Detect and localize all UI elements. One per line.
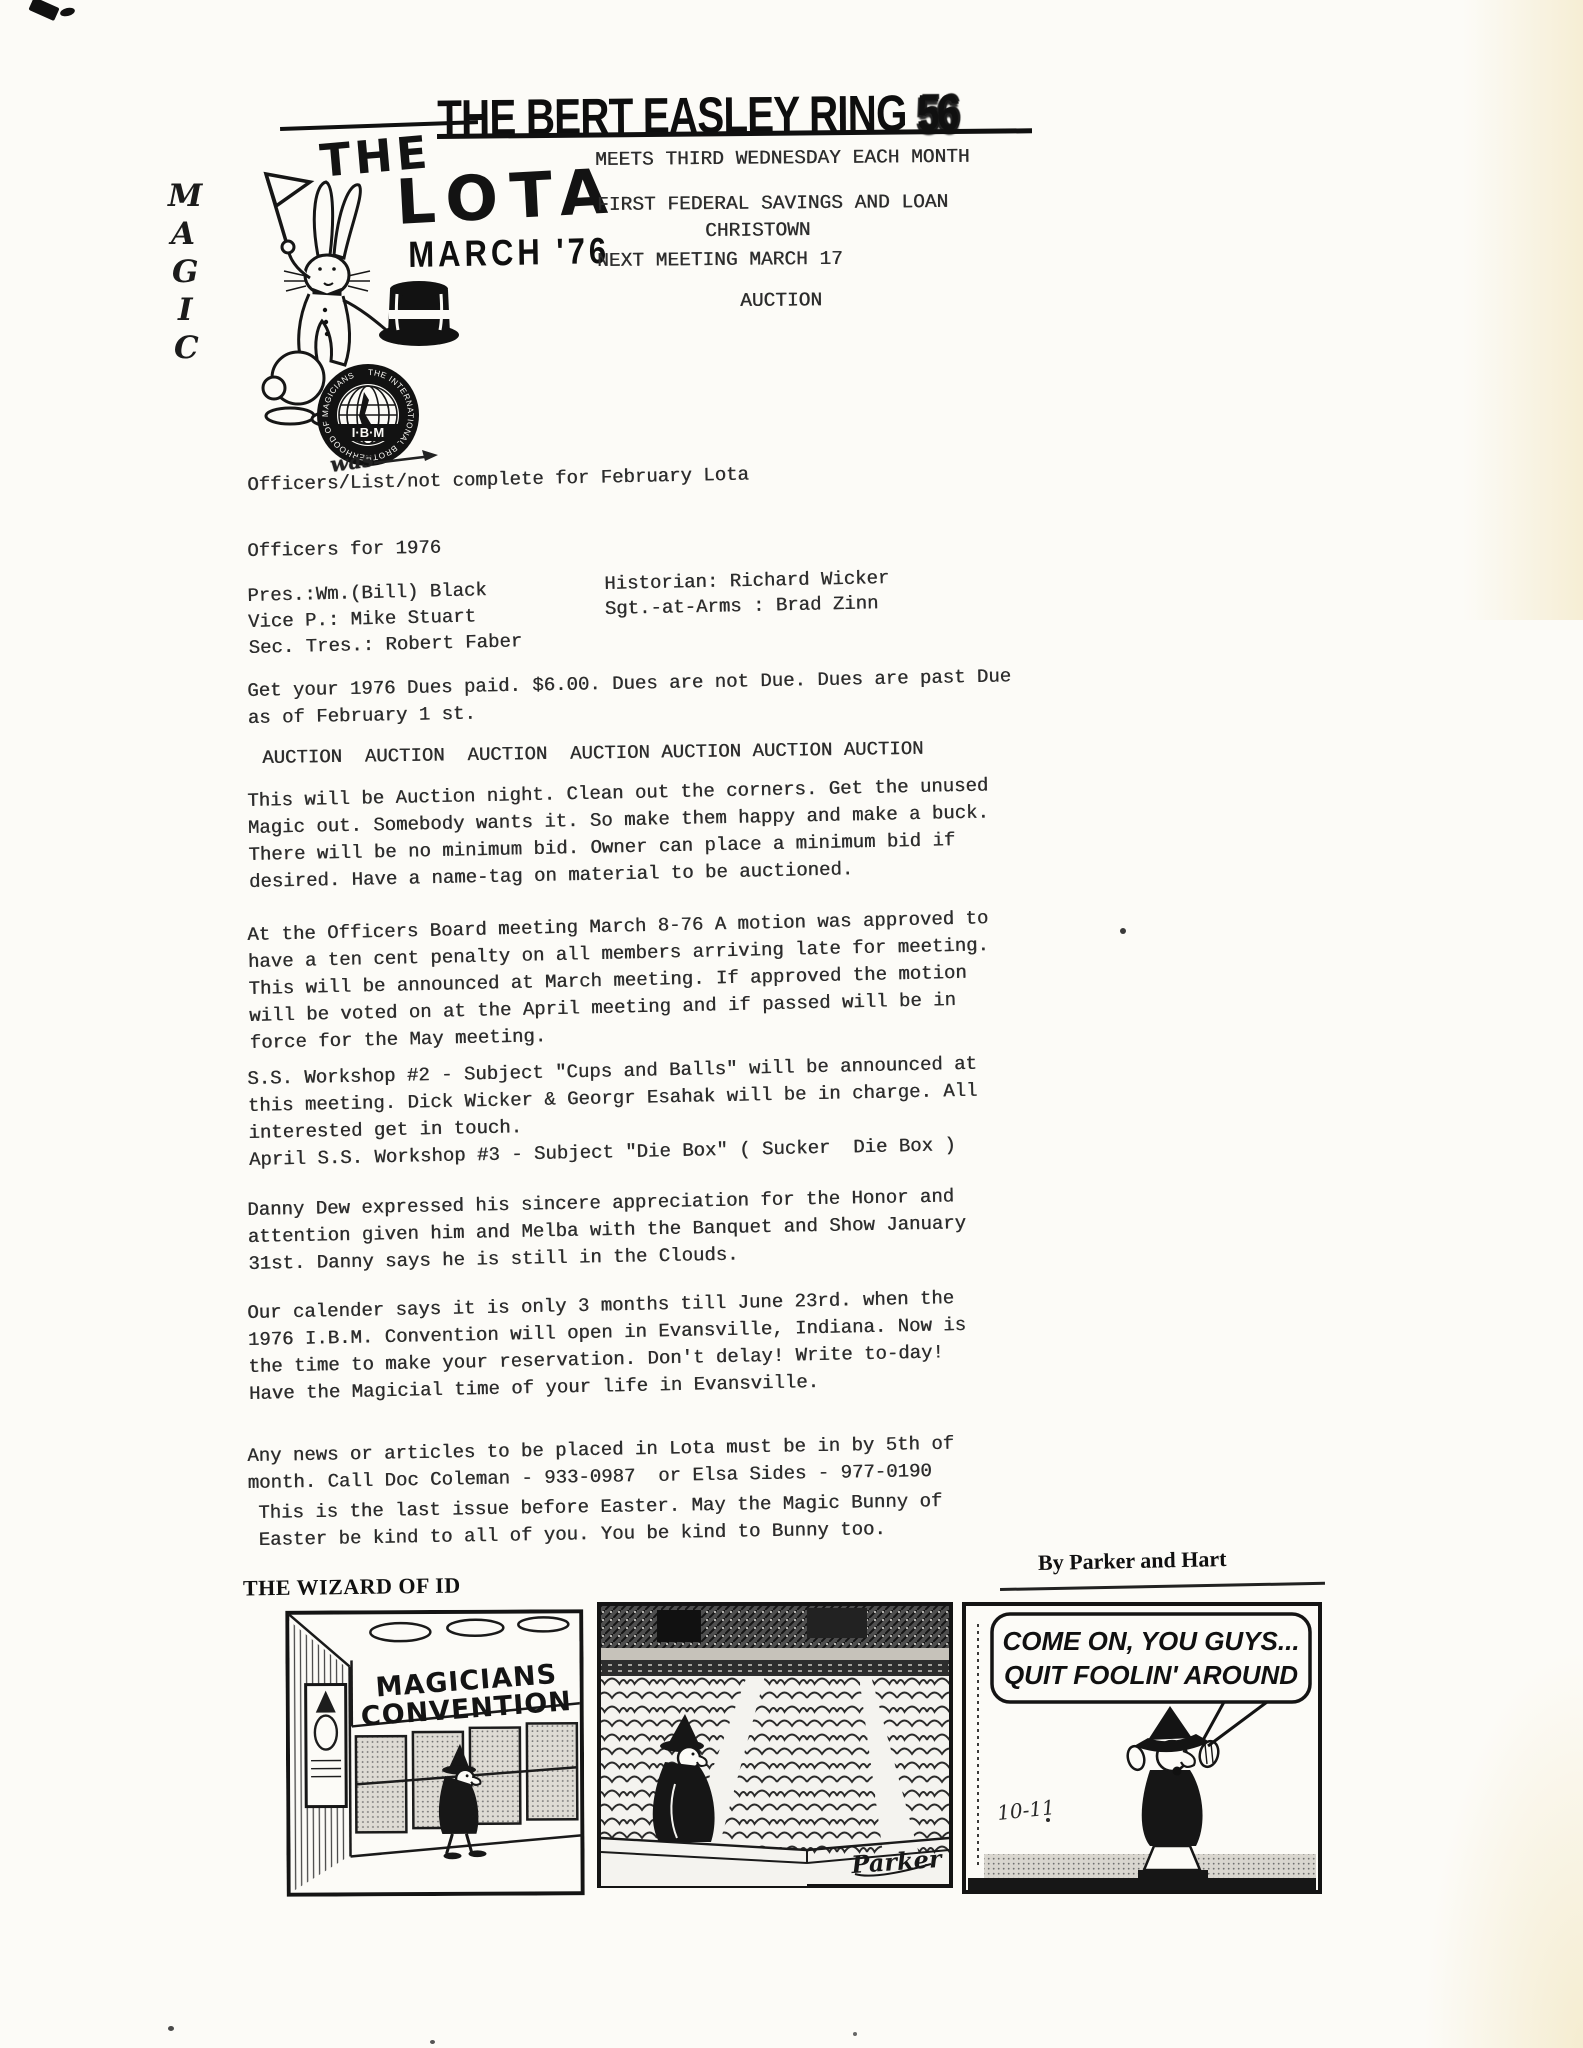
comic-panel-3: COME ON, YOU GUYS... QUIT FOOLIN' AROUND… — [962, 1602, 1322, 1899]
scan-artifact — [1120, 928, 1126, 934]
comic-panel-2: Parker — [597, 1602, 953, 1893]
scan-tint — [1423, 1648, 1583, 2048]
masthead-logo: M A G I C — [138, 128, 498, 488]
magic-letter: M — [167, 178, 204, 214]
scan-artifact — [853, 2032, 857, 2036]
officers-list-right: Historian: Richard Wicker Sgt.-at-Arms :… — [604, 566, 890, 622]
magic-letter: A — [168, 216, 195, 252]
workshop-paragraph: S.S. Workshop #2 - Subject "Cups and Bal… — [247, 1051, 979, 1174]
speech-line1: COME ON, YOU GUYS... — [1002, 1626, 1299, 1656]
scan-artifact — [59, 6, 75, 17]
auditorium-rail — [601, 1660, 949, 1676]
venue-city: CHRISTOWN — [705, 217, 811, 245]
magic-letter: I — [177, 292, 194, 328]
board-meeting-paragraph: At the Officers Board meeting March 8-76… — [247, 905, 991, 1057]
officers-list-left: Pres.:Wm.(Bill) Black Vice P.: Mike Stua… — [247, 576, 522, 661]
scan-artifact — [430, 2040, 435, 2044]
magic-letter: G — [172, 254, 198, 290]
dues-paragraph: Get your 1976 Dues paid. $6.00. Dues are… — [247, 663, 1012, 732]
comic-byline: By Parker and Hart — [1038, 1546, 1227, 1576]
easter-paragraph: This is the last issue before Easter. Ma… — [258, 1488, 943, 1554]
magic-wand — [266, 174, 310, 248]
meeting-schedule-line: MEETS THIRD WEDNESDAY EACH MONTH — [595, 144, 970, 174]
convention-paragraph: Our calender says it is only 3 months ti… — [247, 1285, 967, 1408]
lobby-poster — [306, 1684, 347, 1806]
comic-strip-title: THE WIZARD OF ID — [243, 1572, 461, 1601]
next-meeting-topic: AUCTION — [740, 287, 822, 315]
officer-entry: Sec. Tres.: Robert Faber — [248, 628, 522, 661]
comic-panel-1: MAGICIANS CONVENTION — [285, 1609, 585, 1902]
officer-entry: Sgt.-at-Arms : Brad Zinn — [605, 591, 891, 622]
scan-tint — [1463, 0, 1583, 620]
top-hat — [379, 281, 459, 346]
newsletter-page: THE BERT EASLEY RING 56 THE LOTA MARCH '… — [0, 0, 1583, 2048]
danny-dew-paragraph: Danny Dew expressed his sincere apprecia… — [247, 1183, 967, 1278]
byline-underline — [1000, 1582, 1325, 1591]
rabbit-magician-illustration: M A G I C — [138, 128, 498, 488]
next-meeting-line: NEXT MEETING MARCH 17 — [597, 246, 843, 275]
auditorium-back-wall — [601, 1606, 949, 1648]
magic-letter: C — [174, 330, 199, 366]
auction-banner: AUCTION AUCTION AUCTION AUCTION AUCTION … — [262, 736, 924, 772]
handwritten-arrow-icon — [372, 448, 444, 470]
seal-ibm-text: I·B·M — [352, 425, 385, 440]
officers-heading: Officers for 1976 — [247, 535, 441, 565]
news-deadline-paragraph: Any news or articles to be placed in Lot… — [247, 1431, 955, 1497]
scan-artifact — [28, 0, 59, 21]
auction-paragraph: This will be Auction night. Clean out th… — [247, 772, 990, 895]
speech-line2: QUIT FOOLIN' AROUND — [1004, 1660, 1298, 1690]
scan-artifact — [168, 2026, 174, 2031]
venue-line: FIRST FEDERAL SAVINGS AND LOAN — [597, 189, 948, 219]
